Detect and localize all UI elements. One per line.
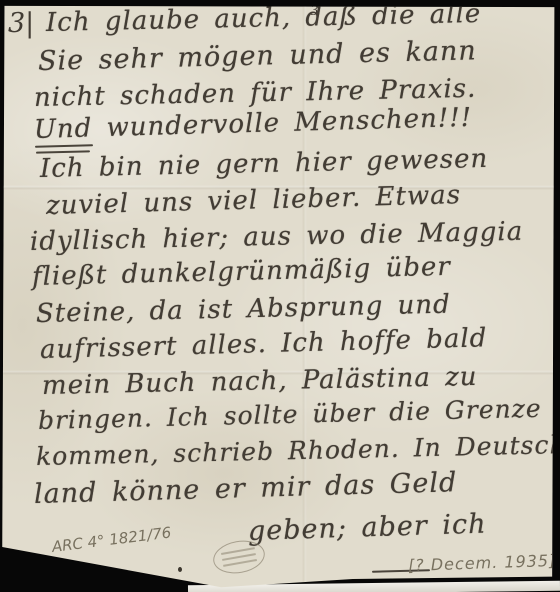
handwritten-line: mein Buch nach, Palästina zu	[42, 362, 478, 401]
handwritten-line: aufrissert alles. Ich hoffe bald	[40, 323, 488, 365]
handwritten-line: geben; aber ich	[248, 509, 487, 547]
handwritten-line: Ich glaube auch, daß die alle	[46, 0, 482, 38]
handwritten-line: kommen, schrieb Rhoden. In Deutsch	[36, 430, 560, 471]
handwritten-line: fließt dunkelgrünmäßig über	[32, 252, 451, 292]
pencil-dot	[178, 567, 182, 572]
handwritten-line: land könne er mir das Geld	[34, 467, 458, 510]
underline-mark	[35, 144, 93, 148]
page-number: 3|	[8, 8, 34, 39]
archive-reference: ARC 4° 1821/76	[51, 523, 172, 555]
scanned-letter-page: 3| 3 Ich glaube auch, daß die alle Sie s…	[0, 0, 560, 592]
handwritten-line: Ich bin nie gern hier gewesen	[40, 144, 489, 184]
date-note: [? Decem. 1935]	[408, 551, 557, 575]
handwritten-line: Steine, da ist Absprung und	[36, 290, 451, 329]
handwritten-line: bringen. Ich sollte über die Grenze	[38, 394, 542, 435]
handwritten-line: Sie sehr mögen und es kann	[38, 35, 477, 77]
letter-paper: 3| 3 Ich glaube auch, daß die alle Sie s…	[0, 0, 560, 592]
